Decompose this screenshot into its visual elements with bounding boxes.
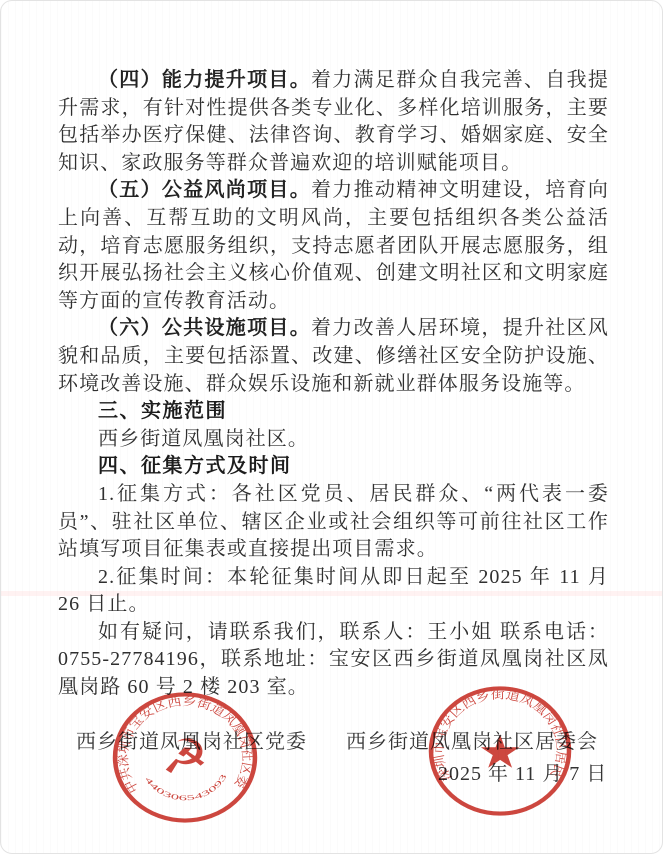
party-committee-seal: 中共深圳市宝安区西乡街道凤凰岗社区委员会 ☭ 4403065430938	[109, 689, 261, 826]
paragraph-scope: 西乡街道凤凰岗社区。	[58, 426, 609, 454]
document-page: （四）能力提升项目。着力满足群众自我完善、自我提升需求，有针对性提供各类专业化、…	[0, 0, 663, 854]
heading-method-time: 四、征集方式及时间	[58, 453, 609, 481]
paragraph-method: 1.征集方式：各社区党员、居民群众、“两代表一委员”、驻社区单位、辖区企业或社会…	[58, 481, 609, 564]
hammer-sickle-icon: ☭	[161, 730, 208, 783]
paragraph-item6: （六）公共设施项目。着力改善人居环境，提升社区风貌和品质，主要包括添置、改建、修…	[58, 315, 609, 398]
paragraph-time: 2.征集时间：本轮征集时间从即日起至 2025 年 11 月 26 日止。	[58, 564, 609, 619]
residents-committee-seal-svg: 深圳市宝安区西乡街道凤凰岗社区居民委员会 ★	[425, 683, 575, 819]
paragraph-item4-lead: （四）能力提升项目。	[98, 69, 311, 91]
paragraph-item6-lead: （六）公共设施项目。	[98, 317, 311, 339]
paragraph-item5: （五）公益风尚项目。着力推动精神文明建设，培育向上向善、互帮互助的文明风尚，主要…	[58, 177, 609, 315]
residents-committee-seal: 深圳市宝安区西乡街道凤凰岗社区居民委员会 ★	[425, 683, 575, 819]
heading-scope: 三、实施范围	[58, 398, 609, 426]
paragraph-item5-lead: （五）公益风尚项目。	[98, 179, 311, 201]
star-icon: ★	[478, 727, 523, 777]
paragraph-item4: （四）能力提升项目。着力满足群众自我完善、自我提升需求，有针对性提供各类专业化、…	[58, 67, 609, 177]
document-body: （四）能力提升项目。着力满足群众自我完善、自我提升需求，有针对性提供各类专业化、…	[58, 67, 609, 702]
party-committee-seal-svg: 中共深圳市宝安区西乡街道凤凰岗社区委员会 ☭ 4403065430938	[109, 689, 261, 826]
